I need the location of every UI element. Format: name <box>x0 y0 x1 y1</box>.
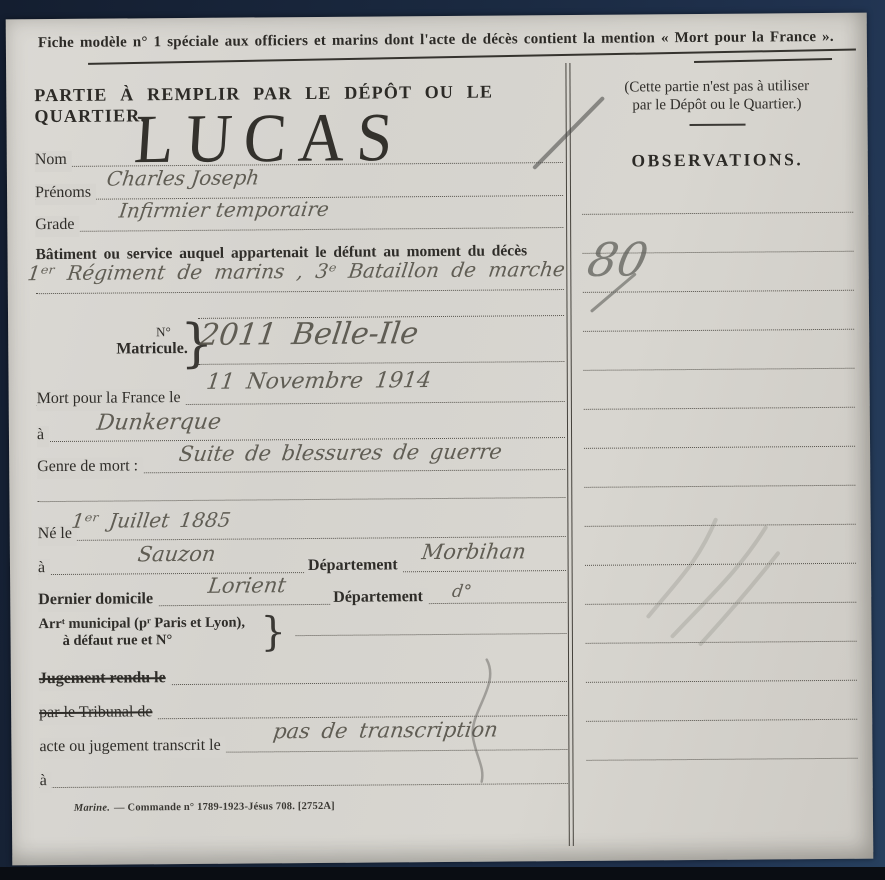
mort-le-label: Mort pour la France le <box>37 389 186 412</box>
tribunal-label: par le Tribunal de <box>39 703 157 725</box>
observations-line <box>582 212 853 215</box>
empty-continuation-line <box>37 473 565 502</box>
observations-line <box>583 368 854 371</box>
transcrit-label: acte ou jugement transcrit le <box>39 736 225 759</box>
handwritten-naissance-date: 1ᵉʳ Juillet 1885 <box>70 508 232 533</box>
handwritten-batiment: 1ᵉʳ Régiment de marins , 3ᵉ Bataillon de… <box>26 257 566 285</box>
arr-municipal-line <box>295 609 566 636</box>
observations-line <box>583 329 854 332</box>
mort-a-label: à <box>37 426 49 447</box>
handwritten-domicile-departement: d° <box>451 582 473 602</box>
observations-note-line2: par le Dépôt ou le Quartier.) <box>581 95 852 115</box>
nom-label: Nom <box>35 150 72 172</box>
observations-line <box>584 446 855 449</box>
field-row-domicile: Dernier domicile Département <box>38 578 566 607</box>
form-model-note: Fiche modèle n° 1 spéciale aux officiers… <box>26 29 846 52</box>
handwritten-transcription: pas de transcription <box>272 718 500 744</box>
observations-line <box>585 524 856 527</box>
observations-line <box>586 719 857 722</box>
observations-line <box>585 563 856 566</box>
grade-label: Grade <box>35 215 79 237</box>
jugement-label: Jugement rendu le <box>39 669 171 691</box>
observations-line <box>586 680 857 683</box>
header-underline <box>88 49 856 65</box>
pencil-faint-scribble <box>648 519 779 644</box>
handwritten-prenoms: Charles Joseph <box>105 165 261 190</box>
matricule-label-line2: Matricule. <box>116 340 188 359</box>
field-row-nom: Nom <box>35 138 563 167</box>
matricule-label-line1: N° <box>156 324 171 340</box>
handwritten-naissance-departement: Morbihan <box>420 539 527 564</box>
handwritten-grade: Infirmier temporaire <box>118 197 331 223</box>
ne-departement-label: Département <box>305 556 403 578</box>
handwritten-mort-date: 11 Novembre 1914 <box>205 368 433 395</box>
observations-dash-rule <box>690 124 746 126</box>
imprint-rest: — Commande n° 1789-1923-Jésus 708. [2752… <box>114 801 335 814</box>
observations-title: OBSERVATIONS. <box>582 149 853 172</box>
handwritten-matricule: 2011 Belle-Ile <box>198 316 421 353</box>
pencil-observation-number: 80 <box>583 232 653 287</box>
record-card: Fiche modèle n° 1 spéciale aux officiers… <box>6 13 874 866</box>
observations-note-line1: (Cette partie n'est pas à utiliser <box>581 77 852 97</box>
observations-line <box>584 485 855 488</box>
handwritten-naissance-lieu: Sauzon <box>136 542 217 567</box>
prenoms-label: Prénoms <box>35 183 96 205</box>
arr-municipal-brace: } <box>260 609 286 655</box>
observations-line <box>586 641 857 644</box>
matricule-top-line <box>198 291 564 319</box>
observations-line <box>583 290 854 293</box>
printer-imprint: Marine.— Commande n° 1789-1923-Jésus 708… <box>74 801 335 814</box>
observations-note: (Cette partie n'est pas à utiliser par l… <box>581 77 852 115</box>
field-row-jugement: Jugement rendu le <box>39 657 567 686</box>
handwritten-domicile: Lorient <box>207 573 288 598</box>
a-final-label: à <box>40 772 52 793</box>
scan-background: Fiche modèle n° 1 spéciale aux officiers… <box>0 0 885 880</box>
observations-line <box>585 602 856 605</box>
imprint-marine: Marine. <box>74 803 110 814</box>
domicile-label: Dernier domicile <box>38 590 158 612</box>
ne-a-label: à <box>38 559 50 580</box>
observations-line <box>584 407 855 410</box>
observations-line <box>587 758 858 761</box>
header-underline-secondary <box>694 58 832 63</box>
arr-municipal-label-line1: Arrᵗ municipal (pʳ Paris et Lyon), <box>38 615 245 634</box>
handwritten-genre-mort: Suite de blessures de guerre <box>178 439 504 466</box>
arr-municipal-label-line2: à défaut rue et N° <box>63 632 173 650</box>
domicile-departement-label: Département <box>330 588 428 610</box>
handwritten-mort-lieu: Dunkerque <box>95 410 222 436</box>
field-row-tribunal: par le Tribunal de <box>39 691 567 720</box>
field-row-a-final: à <box>40 759 568 788</box>
